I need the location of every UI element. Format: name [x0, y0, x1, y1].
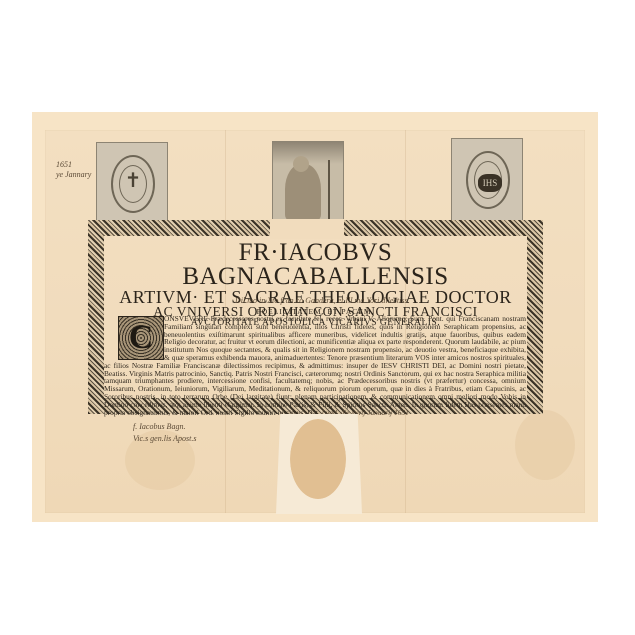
body-text: ONSVEVERE Prædecessores nostri ex facult…	[104, 315, 526, 416]
friar-head-icon	[293, 156, 309, 172]
signature-line-1: f. Iacobus Bagn.	[133, 421, 196, 433]
friar-figure-icon	[285, 164, 321, 220]
ihs-monogram-icon: IHS	[478, 174, 502, 192]
foxing-stain	[515, 410, 575, 480]
left-coat-of-arms-engraving: ✝	[96, 142, 168, 226]
signature-line-2: Vic.s gen.lis Apost.s	[133, 433, 196, 445]
signature: f. Iacobus Bagn. Vic.s gen.lis Apost.s	[133, 421, 196, 445]
border-gap	[270, 219, 344, 239]
cross-icon: ✝	[125, 171, 142, 191]
margin-note: 1651 ye Jannary	[56, 160, 91, 180]
right-coat-of-arms-engraving: IHS	[451, 138, 523, 222]
drop-cap-initial: C	[118, 316, 164, 360]
staff-icon	[328, 160, 330, 220]
drop-cap-letter: C	[119, 319, 163, 357]
body-paragraph: ONSVEVERE Prædecessores nostri ex facult…	[104, 314, 526, 417]
cartouche-icon: ✝	[111, 155, 155, 213]
manuscript-addressee: Dil.mo in Xto fran.co Gandera, et Ill.ma…	[235, 296, 410, 305]
cartouche-icon: IHS	[466, 151, 510, 209]
paper-seal-icon	[290, 419, 346, 499]
margin-note-year: 1651	[56, 160, 91, 170]
saint-francis-engraving	[272, 141, 344, 227]
margin-note-month: ye Jannary	[56, 170, 91, 180]
title-line-name: FR·IACOBVS BAGNACABALLENSIS	[104, 241, 527, 289]
